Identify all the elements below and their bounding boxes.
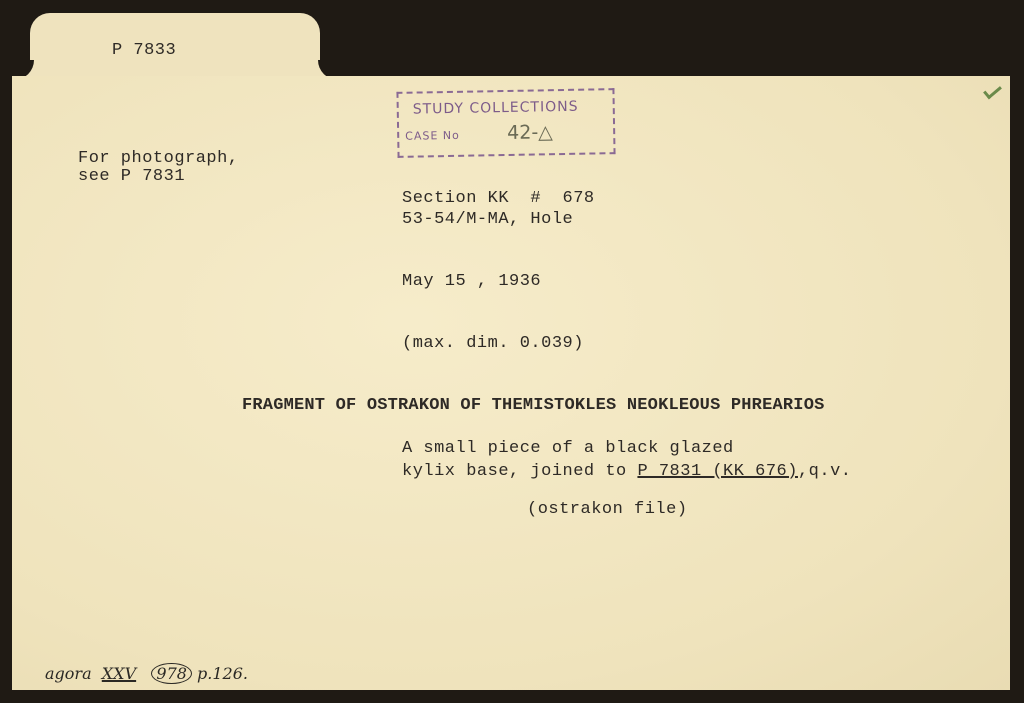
date: May 15 , 1936: [402, 271, 541, 293]
stamp-title: STUDY COLLECTIONS: [413, 99, 579, 118]
footer-word: agora: [45, 664, 92, 683]
footer-number: 978: [151, 663, 192, 684]
stamp-case-number: 42-△: [507, 121, 553, 144]
stamp-case-label: CASE No: [405, 129, 460, 143]
section-line1: Section KK # 678: [402, 188, 595, 210]
handwritten-footer: agora XXV 978 p.126.: [45, 664, 248, 683]
footer-volume: XXV: [102, 664, 136, 683]
tab-label: P 7833: [112, 40, 176, 62]
description-suffix: ,q.v.: [798, 462, 852, 481]
description-line2: kylix base, joined to P 7831 (KK 676),q.…: [402, 461, 851, 483]
footer-page: p.126.: [197, 664, 248, 683]
study-collections-stamp: STUDY COLLECTIONS CASE No 42-△: [396, 88, 615, 158]
photo-reference-line2: see P 7831: [78, 166, 185, 188]
description-line1: A small piece of a black glazed: [402, 438, 734, 460]
file-note: (ostrakon file): [527, 499, 688, 521]
object-title: FRAGMENT OF OSTRAKON OF THEMISTOKLES NEO…: [242, 395, 825, 417]
description-prefix: kylix base, joined to: [402, 462, 637, 481]
cross-reference: P 7831 (KK 676): [637, 462, 798, 481]
section-line2: 53-54/M-MA, Hole: [402, 209, 573, 231]
dimension: (max. dim. 0.039): [402, 333, 584, 355]
